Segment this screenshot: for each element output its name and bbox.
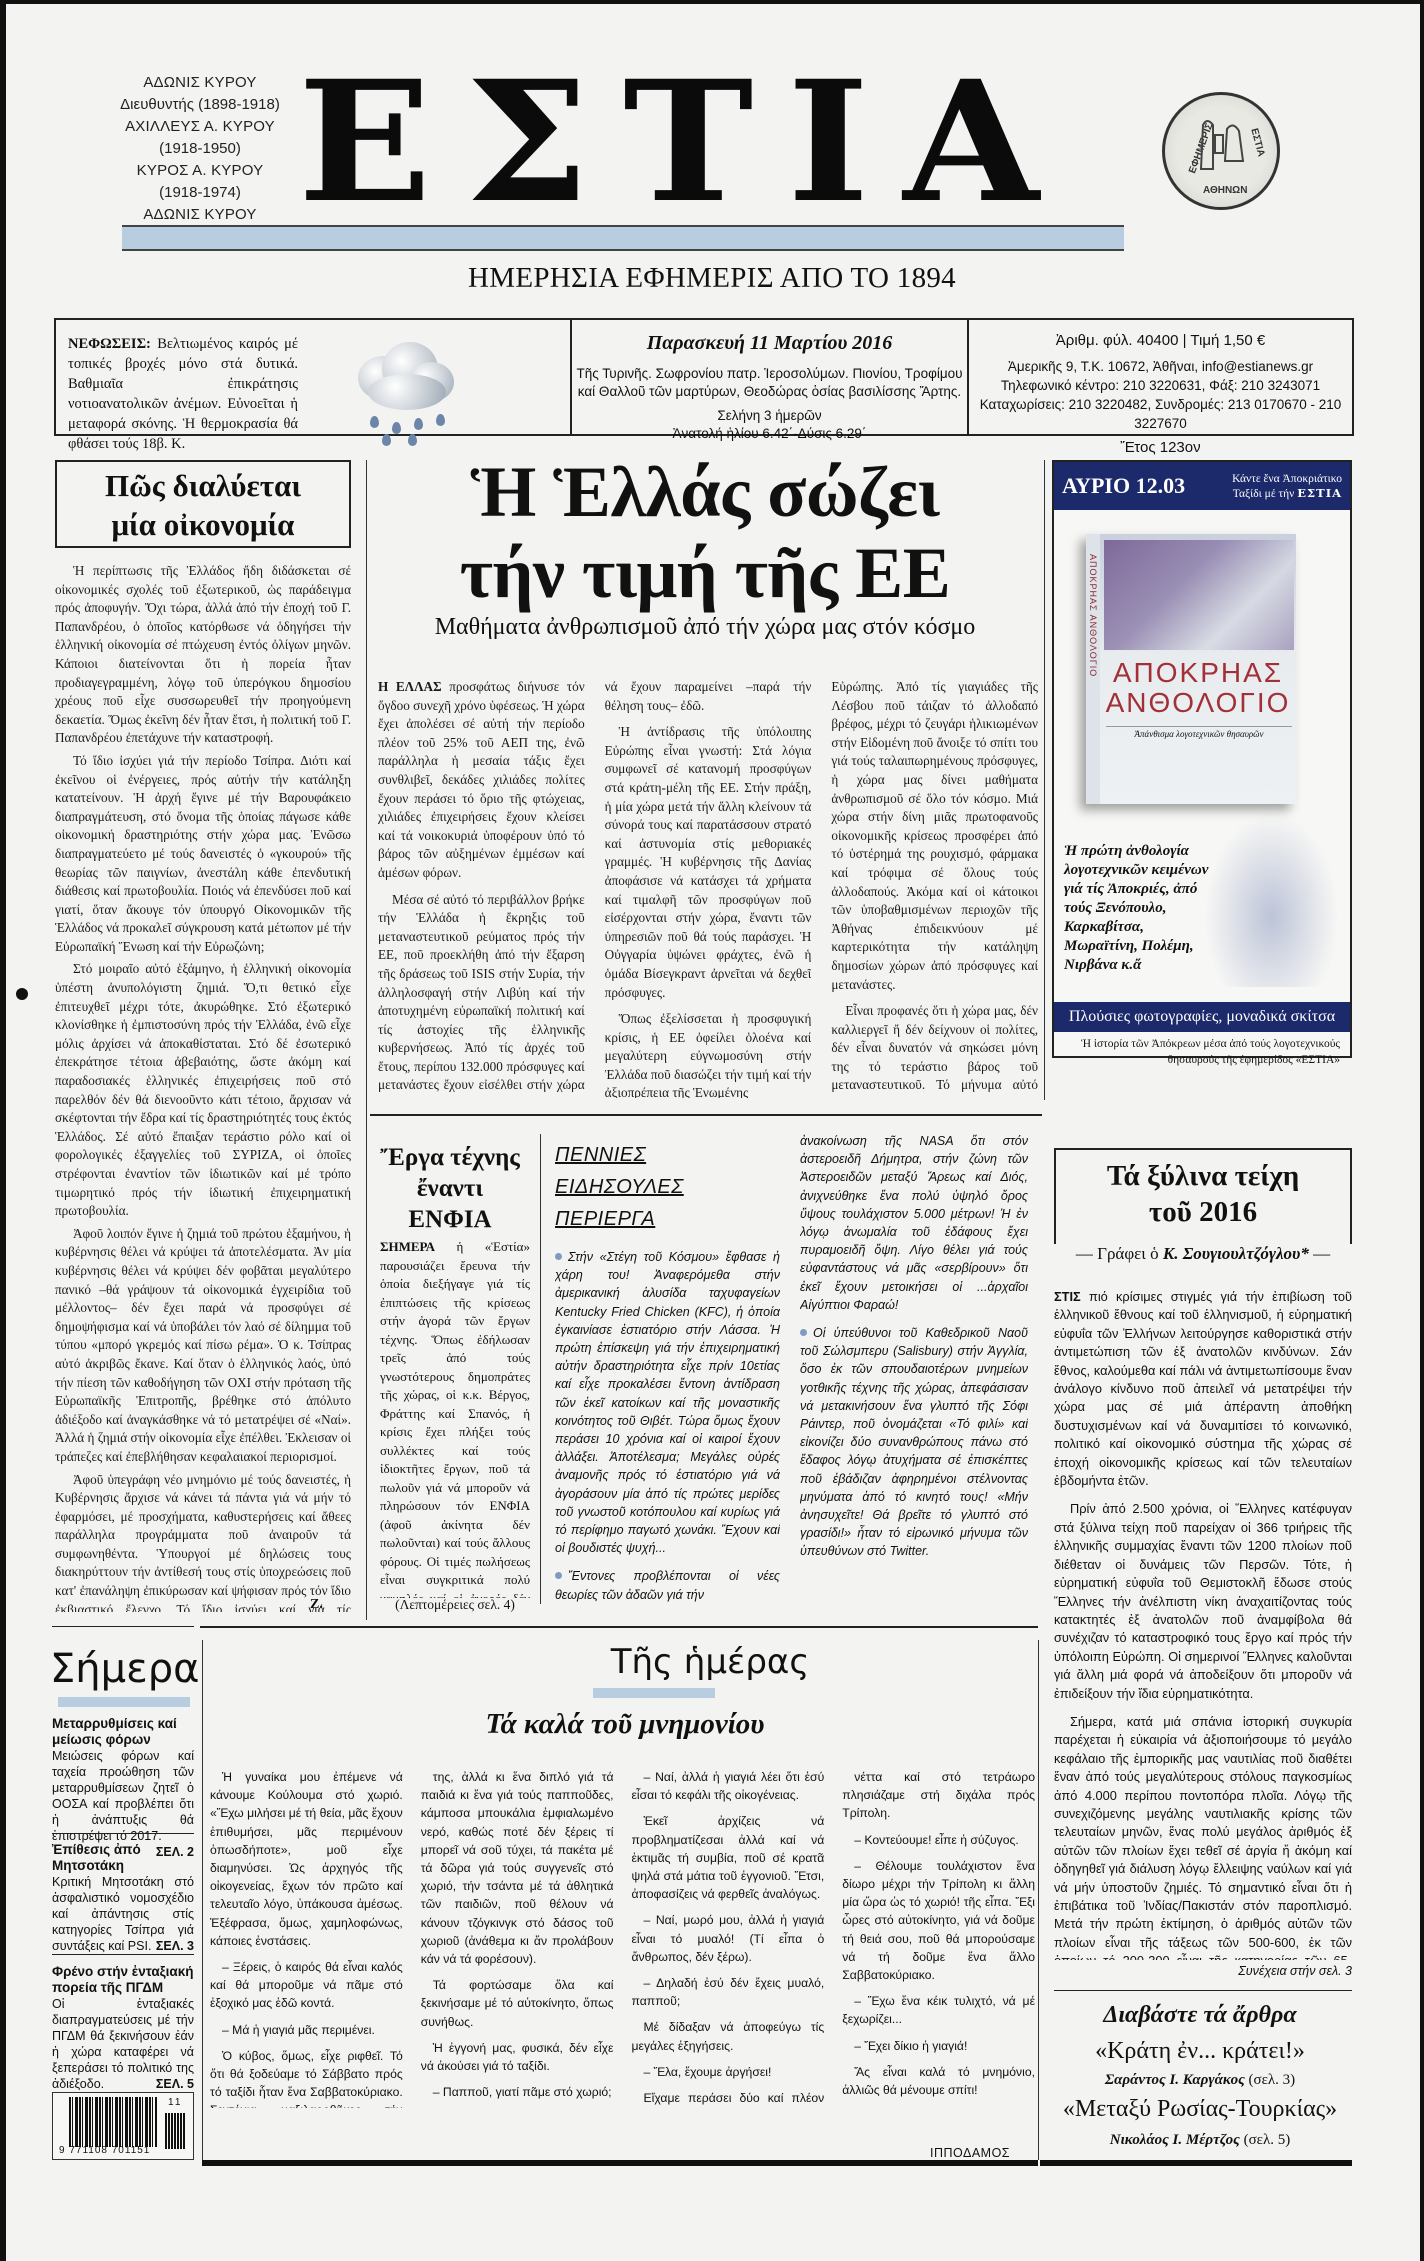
founder-name: ΑΔΩΝΙΣ ΚΥΡΟΥ [80, 72, 320, 94]
pennies-col-2: ἀνακοίνωση τῆς NASA ὅτι στόν ἀστεροειδῆ … [800, 1132, 1028, 1608]
column-divider [1038, 1640, 1039, 2160]
barcode-addon-icon [165, 2113, 185, 2149]
barcode: 9 771108 701151 11 [52, 2092, 194, 2160]
column-divider [366, 460, 367, 1620]
book-spine: ΑΠΟΚΡΗΑΣ ΑΝΘΟΛΟΓΙΟ [1088, 554, 1098, 677]
section-divider [200, 1626, 1038, 1628]
paragraph: Εἶναι προφανές ὅτι ἡ χώρα μας, δέν καλλι… [831, 1002, 1038, 1098]
founder-name: ΑΧΙΛΛΕΥΣ Α. ΚΥΡΟΥ [80, 116, 320, 138]
founder-role: (1918-1974) [80, 182, 320, 204]
promo-brand: ΕΣΤΙΑ [1297, 486, 1342, 500]
text: πιό κρίσιμες στιγμές γιά τήν ἐπιβίωση το… [1054, 1289, 1352, 1488]
weather-forecast: ΝΕΦΩΣΕΙΣ: Βελτιωμένος καιρός μέ τοπικές … [68, 334, 298, 434]
title-line: Τά ξύλινα τείχη [1056, 1158, 1350, 1194]
item-head: Φρένο στήν ἐνταξιακή πορεία τῆς ΠΓΔΜ [52, 1964, 194, 1996]
title-line: ΑΝΘΟΛΟΓΙΟ [1100, 688, 1296, 718]
text-column: Η ΕΛΛΑΣ προσφάτως διήνυσε τόν ὄγδοο συνε… [378, 678, 585, 1098]
text-column: Εὐρώπης. Ἀπό τίς γιαγιάδες τῆς Λέσβου πο… [831, 678, 1038, 1098]
title-line: ΕΝΦΙΑ [370, 1204, 530, 1235]
founder-name: ΑΔΩΝΙΣ ΚΥΡΟΥ [80, 204, 320, 226]
editorial-byline: — Γράφει ὁ Κ. Σουγιουλτζόγλου* — [1050, 1244, 1356, 1264]
read-article-title[interactable]: «Κράτη ἐν... κράτει!» [1040, 2038, 1360, 2065]
title-line: ἔναντι [370, 1173, 530, 1204]
text: ἡ «Ἑστία» παρουσιάζει ἔρευνα τήν ὁποία δ… [380, 1239, 530, 1598]
art-article-body: ΣΗΜΕΡΑ ἡ «Ἑστία» παρουσιάζει ἔρευνα τήν … [380, 1238, 530, 1598]
article-signature: Z. [310, 1597, 323, 1613]
paragraph: – Ναί, ἀλλά ἡ γιαγιά λέει ὅτι ἐσύ εἶσαι … [632, 1768, 825, 1804]
paragraph: – Δηλαδή ἐσύ δέν ἔχεις μυαλό, παπποῦ; [632, 1974, 825, 2010]
title-line: ΑΠΟΚΡΗΑΣ [1100, 658, 1296, 688]
title-line: τοῦ 2016 [1056, 1194, 1350, 1230]
title-line: ΠΕΡΙΕΡΓΑ [555, 1206, 725, 1232]
tagline: ΗΜΕΡΗΣΙΑ ΕΦΗΜΕΡΙΣ ΑΠΟ ΤΟ 1894 [0, 262, 1424, 295]
editorial-title[interactable]: Τά ξύλινα τείχη τοῦ 2016 [1054, 1148, 1352, 1246]
section-divider [52, 1954, 194, 1955]
continued-link[interactable]: Συνέχεια στήν σελ. 3 [1054, 1964, 1352, 1978]
pennies-title: ΠΕΝΝΙΕΣ ΕΙΔΗΣΟΥΛΕΣ ΠΕΡΙΕΡΓΑ [555, 1142, 725, 1238]
title-line: μία οἰκονομία [57, 505, 349, 544]
paragraph: Μέσα σέ αὐτό τό περιβάλλον βρήκε τήν Ἑλλ… [378, 891, 585, 1098]
promo-line: Ταξίδι μέ τήν [1233, 488, 1295, 500]
book-cover: ΑΠΟΚΡΗΑΣ ΑΝΘΟΛΟΓΙΟ ΑΠΟΚΡΗΑΣΑΝΘΟΛΟΓΙΟ Ἀπά… [1086, 534, 1296, 804]
section-divider [1040, 2160, 1352, 2166]
book-subtitle: Ἀπάνθισμα λογοτεχνικῶν θησαυρῶν [1106, 726, 1292, 739]
column-signature: ΙΠΠΟΔΑΜΟΣ [930, 2146, 1010, 2160]
headline-line: Ἡ Ἑλλάς σώζει [370, 452, 1040, 533]
paragraph: Ἀφοῦ λοιπόν ἔγινε ἡ ζημιά τοῦ πρώτου ἑξα… [55, 1225, 351, 1467]
title-line: ΕΙΔΗΣΟΥΛΕΣ [555, 1174, 725, 1200]
bullet-icon [555, 1572, 562, 1579]
barcode-number: 9 771108 701151 [59, 2145, 150, 2156]
of-the-day-title: Τῆς ἡμέρας [370, 1642, 1050, 1682]
paragraph: – Ἔχω ἕνα κέικ τυλιχτό, νά μέ ξεχωρίζει.… [842, 1992, 1035, 2028]
byline-author: Κ. Σουγιουλτζόγλου* [1163, 1244, 1309, 1263]
issue-date: Παρασκευή 11 Μαρτίου 2016 [572, 332, 967, 355]
section-divider [202, 2160, 1038, 2166]
title-line: Πῶς διαλύεται [57, 466, 349, 505]
ad-date: ΑΥΡΙΟ 12.03 [1062, 473, 1185, 499]
paragraph: Ἡ ἀντίδρασις τῆς ὑπόλοιπης Εὐρώπης εἶναι… [605, 723, 812, 1002]
text: προσφάτως διήνυσε τόν ὄγδοο συνεχῆ χρόνο… [378, 679, 585, 880]
lead-word: Η ΕΛΛΑΣ [378, 679, 442, 694]
text-column: νά ἔχουν παραμείνει –παρά τήν θέληση του… [605, 678, 812, 1098]
paragraph: Ὅπως ἐξελίσσεται ἡ προσφυγική κρίσις, ἡ … [605, 1010, 812, 1098]
item-text: Κριτική Μητσοτάκη στό ἀσφαλιστικό νομοσχ… [52, 1874, 194, 1954]
weather-label: ΝΕΦΩΣΕΙΣ: [68, 336, 151, 352]
weather-text: Βελτιωμένος καιρός μέ τοπικές βροχές μόν… [68, 336, 298, 452]
date-box: Παρασκευή 11 Μαρτίου 2016 Τῆς Τυρινῆς. Σ… [572, 320, 969, 434]
address: Ἀμερικῆς 9, Τ.Κ. 10672, Ἀθῆναι, info@est… [969, 357, 1352, 376]
masthead-band [122, 225, 1124, 251]
paragraph: – Κοντεύουμε! εἶπε ἡ σύζυγος. [842, 1831, 1035, 1849]
page-ref: (σελ. 3) [1249, 2072, 1296, 2088]
founder-role: Διευθυντής (1898-1918) [80, 94, 320, 116]
paragraph: Μέ δίδαξαν νά ἀποφεύγω τίς μεγάλες ἐξηγή… [632, 2018, 825, 2054]
barcode-issue: 11 [168, 2097, 182, 2108]
paragraph: Εἴχαμε περάσει δύο καί πλέον ὧρες καί ἀκ… [632, 2089, 825, 2108]
cover-photo [1104, 540, 1294, 650]
footer-line: θησαυρούς τῆς ἐφημερίδος «ΕΣΤΙΑ» [1054, 1052, 1340, 1068]
news-item: Οἱ ὑπεύθυνοι τοῦ Καθεδρικοῦ Ναοῦ τοῦ Σώλ… [800, 1326, 1028, 1558]
left-article-body: Ἡ περίπτωσις τῆς Ἑλλάδος ἤδη διδάσκεται … [55, 562, 351, 1612]
of-the-day-body: Ἡ γυναίκα μου ἐπέμενε νά κάνουμε Κούλουμ… [210, 1768, 1035, 2108]
of-the-day-headline[interactable]: Τά καλά τοῦ μνημονίου [200, 1708, 1050, 1741]
coin-emblem-icon: ΕΦΗΜΕΡΙΣ ΕΣΤΙΑ ΑΘΗΝΩΝ [1162, 92, 1280, 210]
title-line: ΠΕΝΝΙΕΣ [555, 1142, 725, 1168]
bullet-icon [800, 1329, 807, 1336]
paragraph: – Ἔλα, ἔχουμε ἀργήσει! [632, 2063, 825, 2081]
paragraph: – Παπποῦ, γιατί πᾶμε στό χωριό; [421, 2083, 614, 2101]
ad-blurb: Ἡ πρώτη ἀνθολογία λογοτεχνικῶν κειμένων … [1064, 842, 1214, 975]
promo-line: Κάντε ἕνα Ἀποκριάτικο [1232, 473, 1342, 485]
paragraph: – Ξέρεις, ὁ καιρός θά εἶναι καλός καί θά… [210, 1958, 403, 2013]
author: Σαράντος Ι. Καργάκος [1105, 2072, 1245, 2088]
book-title: ΑΠΟΚΡΗΑΣΑΝΘΟΛΟΓΙΟ [1100, 658, 1296, 718]
ad-band: Πλούσιες φωτογραφίες, μοναδικά σκίτσα [1054, 1002, 1350, 1032]
paragraph: Εὐρώπης. Ἀπό τίς γιαγιάδες τῆς Λέσβου πο… [831, 678, 1038, 994]
paragraph: Ἡ ἐγγονή μας, φυσικά, δέν εἶχε νά ἀκούσε… [421, 2039, 614, 2075]
founder-role: (1918-1950) [80, 138, 320, 160]
column-divider [1044, 460, 1045, 1100]
text-column: της, ἀλλά κι ἕνα διπλό γιά τά παιδιά κι … [421, 1768, 614, 2108]
paragraph: νέττα καί στό τετράωρο πλησιάζαμε στή δι… [842, 1768, 1035, 1823]
page-ref: ΣΕΛ. 3 [156, 1938, 194, 1954]
paragraph: Ἄς εἶναι καλά τό μνημόνιο, ἀλλιῶς θά μέν… [842, 2063, 1035, 2099]
section-divider [52, 1833, 194, 1834]
of-the-day-band [593, 1688, 715, 1698]
classifieds-phones: Καταχωρίσεις: 210 3220482, Συνδρομές: 21… [969, 395, 1352, 433]
byline-prefix: Γράφει ὁ [1097, 1244, 1159, 1263]
moon-phase: Σελήνη 3 ἡμερῶν [572, 407, 967, 425]
news-item: Στήν «Στέγη τοῦ Κόσμου» ἔφθασε ἡ χάρη το… [555, 1250, 780, 1555]
today-title: Σήμερα [50, 1642, 195, 1696]
paragraph: Η ΕΛΛΑΣ προσφάτως διήνυσε τόν ὄγδοο συνε… [378, 678, 585, 883]
ad-header: ΑΥΡΙΟ 12.03 Κάντε ἕνα ἈποκριάτικοΤαξίδι … [1054, 462, 1350, 510]
column-divider [540, 1134, 541, 1604]
saints-line: Τῆς Τυρινῆς. Σωφρονίου πατρ. Ἱεροσολύμων… [572, 365, 967, 383]
today-item[interactable]: Ἐπίθεσις ἀπό Μητσοτάκη Κριτική Μητσοτάκη… [52, 1842, 194, 1954]
founder-name: ΚΥΡΟΣ Α. ΚΥΡΟΥ [80, 160, 320, 182]
paragraph: – Μά ἡ γιαγιά μᾶς περιμένει. [210, 2021, 403, 2039]
text-column: Ἡ γυναίκα μου ἐπέμενε νά κάνουμε Κούλουμ… [210, 1768, 403, 2108]
bullet-icon [555, 1253, 562, 1260]
footer-line: Ἡ ἱστορία τῶν Ἀπόκρεων μέσα ἀπό τούς λογ… [1054, 1036, 1340, 1052]
left-article-title[interactable]: Πῶς διαλύεται μία οἰκονομία [55, 460, 351, 548]
paragraph: Ἡ περίπτωσις τῆς Ἑλλάδος ἤδη διδάσκεται … [55, 562, 351, 748]
paragraph: – Ναί, μωρό μου, ἀλλά ἡ γιαγιά εἶναι τό … [632, 1911, 825, 1966]
lead-word: ΣΗΜΕΡΑ [380, 1239, 435, 1254]
weather-box: ΝΕΦΩΣΕΙΣ: Βελτιωμένος καιρός μέ τοπικές … [56, 320, 572, 434]
barcode-bars-icon [69, 2097, 157, 2147]
paragraph: Ὁ κύβος, ὅμως, εἶχε ριφθεῖ. Τό ὅτι θά ξο… [210, 2047, 403, 2108]
paragraph: Ἀφοῦ ὑπεγράφη νέο μνημόνιο μέ τούς δανει… [55, 1471, 351, 1613]
sun-times: Ἀνατολή ἡλίου 6.42΄-Δύσις 6.29΄ [572, 425, 967, 443]
info-bar: ΝΕΦΩΣΕΙΣ: Βελτιωμένος καιρός μέ τοπικές … [54, 318, 1354, 436]
date-stamp: 11-03-2016 [8, 960, 38, 1150]
paragraph: Σήμερα, κατά μιά σπάνια ἱστορική συγκυρί… [1054, 1713, 1352, 1960]
phones: Τηλεφωνικό κέντρο: 210 3220631, Φάξ: 210… [969, 376, 1352, 395]
paragraph: – Θέλουμε τουλάχιστον ἕνα δίωρο μέχρι τή… [842, 1857, 1035, 1984]
today-item[interactable]: Φρένο στήν ἐνταξιακή πορεία τῆς ΠΓΔΜ Οἱ … [52, 1964, 194, 2092]
paragraph: της, ἀλλά κι ἕνα διπλό γιά τά παιδιά κι … [421, 1768, 614, 1968]
main-article-body: Η ΕΛΛΑΣ προσφάτως διήνυσε τόν ὄγδοο συνε… [378, 678, 1038, 1098]
item-text: Οἱ ἐνταξιακές διαπραγματεύσεις μέ τήν ΠΓ… [52, 1996, 194, 2092]
read-article-author: Σαράντος Ι. Καργάκος (σελ. 3) [1040, 2072, 1360, 2089]
text: Μειώσεις φόρων καί ταχεία προώθηση τῶν μ… [52, 1749, 194, 1843]
bullet-icon [16, 988, 28, 1000]
ad-footer: Ἡ ἱστορία τῶν Ἀπόκρεων μέσα ἀπό τούς λογ… [1054, 1033, 1350, 1068]
text-column: – Ναί, ἀλλά ἡ γιαγιά λέει ὅτι ἐσύ εἶσαι … [632, 1768, 825, 2108]
publisher-box: Ἀριθμ. φύλ. 40400 | Τιμή 1,50 € Ἀμερικῆς… [969, 320, 1352, 434]
item-text: Μειώσεις φόρων καί ταχεία προώθηση τῶν μ… [52, 1748, 194, 1844]
news-item: Ἔντονες προβλέπονται οἱ νέες θεωρίες τῶν… [555, 1569, 780, 1601]
main-headline[interactable]: Ἡ Ἑλλάς σώζει τήν τιμή τῆς ΕΕ [370, 452, 1040, 614]
founders-list: ΑΔΩΝΙΣ ΚΥΡΟΥ Διευθυντής (1898-1918) ΑΧΙΛ… [80, 72, 320, 248]
paragraph: Στό μοιραῖο αὐτό ἑξάμηνο, ἡ ἑλληνική οἰκ… [55, 960, 351, 1220]
section-divider [370, 1114, 1042, 1116]
text-column: νέττα καί στό τετράωρο πλησιάζαμε στή δι… [842, 1768, 1035, 2108]
pennies-col-1: Στήν «Στέγη τοῦ Κόσμου» ἔφθασε ἡ χάρη το… [555, 1248, 780, 1608]
section-divider [1054, 1990, 1352, 1991]
today-item[interactable]: Μεταρρυθμίσεις καί μείωσις φόρων Μειώσει… [52, 1716, 194, 1860]
read-article-title[interactable]: «Μεταξύ Ρωσίας-Τουρκίας» [1040, 2096, 1360, 2123]
paragraph: Τά φορτώσαμε ὅλα καί ξεκινήσαμε μέ τό αὐ… [421, 1976, 614, 2031]
headline-line: τήν τιμή τῆς ΕΕ [370, 533, 1040, 614]
art-article-title[interactable]: Ἔργα τέχνης ἔναντι ΕΝΦΙΑ [370, 1142, 530, 1235]
saints-line: καί Θαλλοῦ τῶν μαρτύρων, Θεοδώρας ὁσίας … [572, 383, 967, 401]
ad-promo: Κάντε ἕνα ἈποκριάτικοΤαξίδι μέ τήν ΕΣΤΙΑ [1232, 472, 1342, 501]
paragraph: Ἡ γυναίκα μου ἐπέμενε νά κάνουμε Κούλουμ… [210, 1768, 403, 1950]
title-line: Ἔργα τέχνης [370, 1142, 530, 1173]
paragraph: Πρίν ἀπό 2.500 χρόνια, οἱ Ἕλληνες κατέφυ… [1054, 1500, 1352, 1702]
page-ref: (σελ. 5) [1244, 2132, 1291, 2148]
item-head: Μεταρρυθμίσεις καί μείωσις φόρων [52, 1716, 194, 1748]
read-articles-heading: Διαβάστε τά ἄρθρα [1040, 2002, 1360, 2029]
carnival-sketch-icon [1204, 812, 1339, 987]
today-band [58, 1697, 190, 1707]
issue-price: Ἀριθμ. φύλ. 40400 | Τιμή 1,50 € [969, 332, 1352, 349]
page-reference[interactable]: (Λεπτομέρειες σελ. 4) [380, 1597, 530, 1613]
paragraph: Ἐκεῖ ἀρχίζεις νά προβληματίζεσαι ἀλλά κα… [632, 1812, 825, 1903]
rain-cloud-icon [348, 334, 458, 434]
main-subheadline: Μαθήματα ἀνθρωπισμοῦ ἀπό τήν χώρα μας στ… [370, 614, 1040, 641]
paragraph: νά ἔχουν παραμείνει –παρά τήν θέληση του… [605, 678, 812, 715]
item-head: Ἐπίθεσις ἀπό Μητσοτάκη [52, 1842, 194, 1874]
section-divider [52, 1626, 194, 1627]
news-item: ἀνακοίνωση τῆς NASA ὅτι στόν ἀστεροειδῆ … [800, 1132, 1028, 1314]
author: Νικολάος Ι. Μέρτζος [1110, 2132, 1240, 2148]
editorial-body: ΣΤΙΣ πιό κρίσιμες στιγμές γιά τήν ἐπιβίω… [1054, 1288, 1352, 1960]
read-article-author: Νικολάος Ι. Μέρτζος (σελ. 5) [1040, 2132, 1360, 2149]
paragraph: – Ἔχει δίκιο ἡ γιαγιά! [842, 2037, 1035, 2055]
page-ref: ΣΕΛ. 5 [156, 2076, 194, 2092]
paragraph: Τό ἴδιο ἰσχύει γιά τήν περίοδο Τσίπρα. Δ… [55, 752, 351, 957]
lead-word: ΣΤΙΣ [1054, 1289, 1081, 1304]
book-advertisement[interactable]: ΑΥΡΙΟ 12.03 Κάντε ἕνα ἈποκριάτικοΤαξίδι … [1052, 460, 1352, 1058]
